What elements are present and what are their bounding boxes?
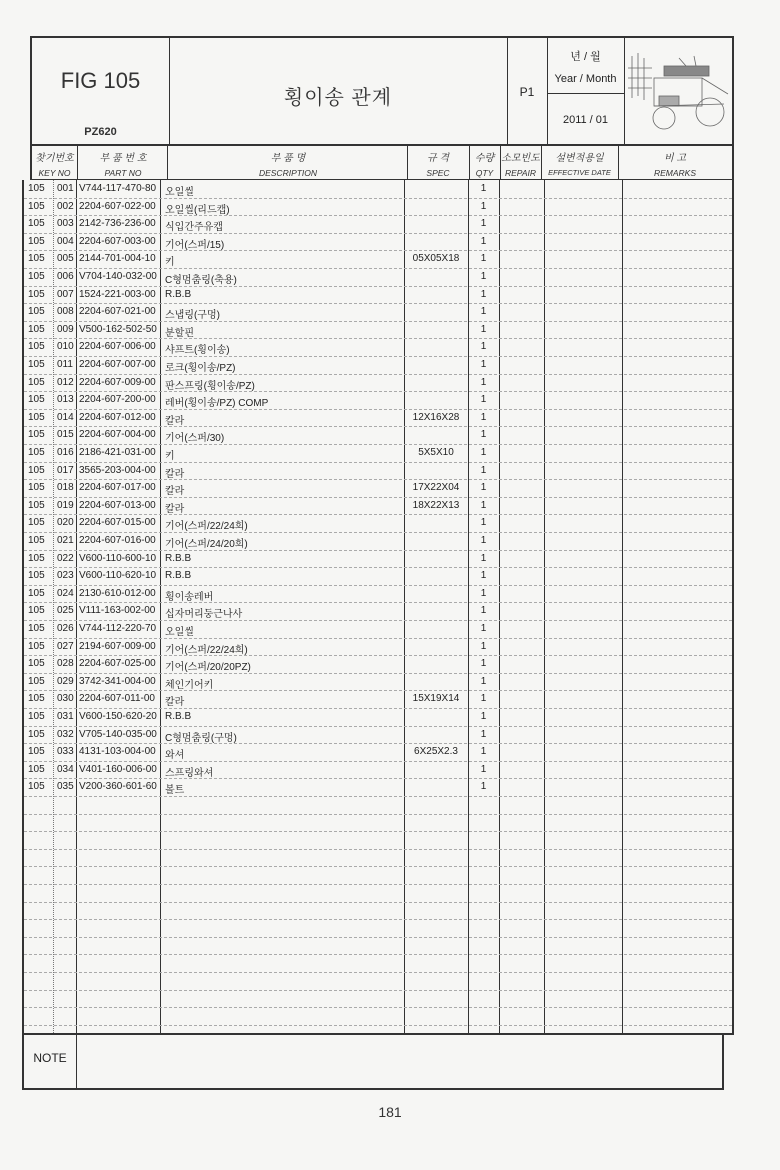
col-part-no-ko: 부 품 번 호 [78, 149, 168, 164]
cell-desc: C형멈춤링(구멍) [165, 729, 237, 744]
cell-key: 013 [57, 394, 74, 405]
cell-part: 4131-103-004-00 [79, 746, 156, 757]
cell-part: 2204-607-003-00 [79, 236, 156, 247]
cell-part: 2142-736-236-00 [79, 218, 156, 229]
cell-part: 2194-607-009-00 [79, 641, 156, 652]
cell-desc: 칼라 [165, 412, 184, 427]
cell-part: V600-110-620-10 [79, 570, 156, 581]
parts-table: 105001V744-117-470-80오일씰11050022204-607-… [22, 180, 734, 1035]
table-row [24, 902, 732, 921]
cell-fig: 105 [28, 218, 45, 229]
cell-fig: 105 [28, 781, 45, 792]
cell-qty: 1 [468, 377, 499, 388]
cell-qty: 1 [468, 729, 499, 740]
cell-desc: 분할핀 [165, 324, 194, 339]
table-row [24, 1007, 732, 1026]
cell-qty: 1 [468, 711, 499, 722]
cell-part: V704-140-032-00 [79, 271, 157, 282]
col-remarks-en: REMARKS [618, 168, 732, 178]
table-row: 105034V401-160-006-00스프링와셔1 [24, 761, 732, 780]
cell-desc: 기어(스퍼/15) [165, 236, 224, 251]
cell-desc: 체인기어키 [165, 676, 213, 691]
cell-key: 003 [57, 218, 74, 229]
cell-key: 002 [57, 201, 74, 212]
title-cell: 횡이송 관계 [169, 38, 508, 144]
cell-qty: 1 [468, 676, 499, 687]
cell-qty: 1 [468, 429, 499, 440]
cell-fig: 105 [28, 500, 45, 511]
cell-spec: 15X19X14 [404, 693, 468, 704]
parts-sheet: FIG 105 PZ620 횡이송 관계 P1 년 / 월 Year / Mon… [22, 36, 734, 1090]
figure-cell: FIG 105 PZ620 [32, 38, 170, 144]
cell-part: 2204-607-200-00 [79, 394, 156, 405]
cell-fig: 105 [28, 553, 45, 564]
table-row [24, 990, 732, 1009]
table-row [24, 972, 732, 991]
cell-key: 005 [57, 253, 74, 264]
table-row: 105009V500-162-502-50분할핀1 [24, 321, 732, 340]
cell-desc: 기어(스퍼/22/24희) [165, 517, 248, 532]
table-row: 105025V111-163-002-00십자머리둥근나사1 [24, 602, 732, 621]
table-row: 1050334131-103-004-00와셔6X25X2.31 [24, 743, 732, 762]
cell-desc: 기어(스퍼/22/24희) [165, 641, 248, 656]
cell-key: 010 [57, 341, 74, 352]
table-row: 1050071524-221-003-00R.B.B1 [24, 286, 732, 305]
cell-part: 2204-607-022-00 [79, 201, 156, 212]
cell-key: 011 [57, 359, 73, 370]
table-row: 1050102204-607-006-00샤프트(횡이송)1 [24, 338, 732, 357]
table-row: 105023V600-110-620-10R.B.B1 [24, 567, 732, 586]
col-part-no-en: PART NO [78, 168, 168, 178]
cell-fig: 105 [28, 570, 45, 581]
cell-desc: 칼라 [165, 500, 184, 515]
cell-qty: 1 [468, 658, 499, 669]
cell-desc: 오일씰(리드캡) [165, 201, 230, 216]
cell-fig: 105 [28, 517, 45, 528]
cell-key: 023 [57, 570, 74, 581]
cell-part: V111-163-002-00 [79, 605, 155, 616]
table-row: 1050152204-607-004-00기어(스퍼/30)1 [24, 426, 732, 445]
cell-desc: 칼라 [165, 693, 184, 708]
table-row: 1050082204-607-021-00스냅링(구멍)1 [24, 303, 732, 322]
cell-qty: 1 [468, 236, 499, 247]
cell-key: 018 [57, 482, 74, 493]
page-title: 횡이송 관계 [169, 81, 507, 110]
cell-fig: 105 [28, 271, 45, 282]
cell-desc: 로크(횡이송/PZ) [165, 359, 236, 374]
table-row [24, 884, 732, 903]
cell-desc: 판스프링(횡이송/PZ) [165, 377, 255, 392]
cell-qty: 1 [468, 746, 499, 757]
cell-desc: 와셔 [165, 746, 184, 761]
cell-qty: 1 [468, 623, 499, 634]
page-code: P1 [507, 85, 547, 99]
cell-key: 027 [57, 641, 74, 652]
cell-spec: 18X22X13 [404, 500, 468, 511]
note-section: NOTE [22, 1035, 724, 1090]
date-label-ko: 년 / 월 [547, 48, 624, 64]
col-effective-date-en: EFFECTIVE DATE [541, 168, 618, 177]
cell-fig: 105 [28, 359, 45, 370]
cell-fig: 105 [28, 394, 45, 405]
page-code-cell: P1 [507, 38, 548, 144]
cell-part: 2130-610-012-00 [79, 588, 156, 599]
cell-key: 004 [57, 236, 74, 247]
cell-fig: 105 [28, 729, 45, 740]
cell-key: 035 [57, 781, 74, 792]
cell-qty: 1 [468, 359, 499, 370]
rice-transplanter-illustration-icon [624, 38, 734, 144]
cell-part: 2204-607-013-00 [79, 500, 156, 511]
cell-desc: 샤프트(횡이송) [165, 341, 230, 356]
cell-spec: 5X5X10 [404, 447, 468, 458]
cell-qty: 1 [468, 553, 499, 564]
cell-qty: 1 [468, 341, 499, 352]
table-row [24, 954, 732, 973]
cell-key: 026 [57, 623, 74, 634]
cell-qty: 1 [468, 482, 499, 493]
table-row [24, 831, 732, 850]
col-effective-date-ko: 설변적용일 [541, 149, 618, 164]
cell-fig: 105 [28, 693, 45, 704]
cell-desc: 칼라 [165, 482, 184, 497]
col-repair-ko: 소모빈도 [500, 149, 541, 164]
table-row: 105035V200-360-601-60볼트1 [24, 778, 732, 797]
table-row: 1050272194-607-009-00기어(스퍼/22/24희)1 [24, 638, 732, 657]
table-row: 105032V705-140-035-00C형멈춤링(구멍)1 [24, 726, 732, 745]
figure-number: FIG 105 [32, 68, 169, 94]
table-row: 1050122204-607-009-00판스프링(횡이송/PZ)1 [24, 374, 732, 393]
table-row: 1050162186-421-031-00키5X5X101 [24, 444, 732, 463]
cell-qty: 1 [468, 271, 499, 282]
cell-fig: 105 [28, 711, 45, 722]
cell-fig: 105 [28, 341, 45, 352]
cell-desc: 식입간주유캡 [165, 218, 223, 233]
cell-fig: 105 [28, 306, 45, 317]
cell-fig: 105 [28, 253, 45, 264]
cell-part: 2204-607-006-00 [79, 341, 156, 352]
cell-desc: R.B.B [165, 711, 191, 722]
cell-key: 014 [57, 412, 74, 423]
cell-desc: 키 [165, 447, 175, 462]
cell-part: V600-150-620-20 [79, 711, 157, 722]
cell-qty: 1 [468, 306, 499, 317]
cell-key: 030 [57, 693, 74, 704]
col-description-ko: 부 품 명 [169, 149, 407, 164]
cell-key: 007 [57, 289, 74, 300]
cell-part: 2144-701-004-10 [79, 253, 156, 264]
cell-qty: 1 [468, 183, 499, 194]
cell-qty: 1 [468, 394, 499, 405]
cell-desc: 스냅링(구멍) [165, 306, 220, 321]
cell-qty: 1 [468, 605, 499, 616]
cell-key: 032 [57, 729, 74, 740]
table-row: 1050192204-607-013-00칼라18X22X131 [24, 497, 732, 516]
table-row: 1050173565-203-004-00칼라1 [24, 462, 732, 481]
table-row: 1050022204-607-022-00오일씰(리드캡)1 [24, 198, 732, 217]
table-row: 1050042204-607-003-00기어(스퍼/15)1 [24, 233, 732, 252]
col-qty-en: QTY [469, 168, 500, 178]
table-row [24, 937, 732, 956]
cell-part: 2186-421-031-00 [79, 447, 156, 458]
table-row: 1050112204-607-007-00로크(횡이송/PZ)1 [24, 356, 732, 375]
cell-desc: 레버(횡이송/PZ) COMP [165, 394, 268, 409]
cell-part: 2204-607-009-00 [79, 377, 156, 388]
cell-key: 020 [57, 517, 74, 528]
cell-part: V744-112-220-70 [79, 623, 156, 634]
cell-key: 031 [57, 711, 74, 722]
cell-part: 2204-607-011-00 [79, 693, 155, 704]
cell-key: 024 [57, 588, 74, 599]
table-row: 1050202204-607-015-00기어(스퍼/22/24희)1 [24, 514, 732, 533]
table-row: 105006V704-140-032-00C형멈춤링(축용)1 [24, 268, 732, 287]
cell-fig: 105 [28, 236, 45, 247]
cell-key: 008 [57, 306, 74, 317]
sheet-header: FIG 105 PZ620 횡이송 관계 P1 년 / 월 Year / Mon… [30, 36, 734, 144]
cell-qty: 1 [468, 218, 499, 229]
table-row: 105031V600-150-620-20R.B.B1 [24, 708, 732, 727]
cell-spec: 17X22X04 [404, 482, 468, 493]
cell-part: 2204-607-016-00 [79, 535, 156, 546]
cell-part: 2204-607-004-00 [79, 429, 156, 440]
cell-key: 006 [57, 271, 74, 282]
cell-desc: 스프링와셔 [165, 764, 213, 779]
cell-desc: R.B.B [165, 289, 191, 300]
cell-fig: 105 [28, 429, 45, 440]
cell-qty: 1 [468, 641, 499, 652]
cell-part: 2204-607-021-00 [79, 306, 156, 317]
table-row [24, 849, 732, 868]
cell-desc: R.B.B [165, 553, 191, 564]
cell-qty: 1 [468, 253, 499, 264]
cell-desc: R.B.B [165, 570, 191, 581]
cell-part: V200-360-601-60 [79, 781, 157, 792]
cell-fig: 105 [28, 289, 45, 300]
cell-key: 021 [57, 535, 74, 546]
col-key-no-ko: 찾기번호 [32, 149, 77, 164]
cell-part: 2204-607-007-00 [79, 359, 156, 370]
cell-spec: 12X16X28 [404, 412, 468, 423]
cell-fig: 105 [28, 764, 45, 775]
cell-fig: 105 [28, 676, 45, 687]
note-label: NOTE [24, 1035, 77, 1088]
col-spec-en: SPEC [407, 168, 469, 178]
cell-desc: 칼라 [165, 465, 184, 480]
cell-part: V600-110-600-10 [79, 553, 156, 564]
cell-desc: 십자머리둥근나사 [165, 605, 242, 620]
cell-key: 033 [57, 746, 74, 757]
table-row: 1050212204-607-016-00기어(스퍼/24/20희)1 [24, 532, 732, 551]
cell-fig: 105 [28, 377, 45, 388]
table-row [24, 919, 732, 938]
cell-key: 025 [57, 605, 74, 616]
table-row: 1050142204-607-012-00칼라12X16X281 [24, 409, 732, 428]
cell-spec: 6X25X2.3 [404, 746, 468, 757]
cell-qty: 1 [468, 500, 499, 511]
cell-key: 017 [57, 465, 74, 476]
col-repair-en: REPAIR [500, 168, 541, 178]
cell-part: 2204-607-012-00 [79, 412, 156, 423]
cell-qty: 1 [468, 570, 499, 581]
cell-desc: 기어(스퍼/24/20희) [165, 535, 248, 550]
cell-key: 012 [57, 377, 74, 388]
cell-fig: 105 [28, 412, 45, 423]
table-row [24, 814, 732, 833]
cell-key: 029 [57, 676, 74, 687]
cell-qty: 1 [468, 412, 499, 423]
cell-qty: 1 [468, 201, 499, 212]
cell-fig: 105 [28, 641, 45, 652]
cell-fig: 105 [28, 183, 45, 194]
cell-fig: 105 [28, 482, 45, 493]
col-qty-ko: 수량 [469, 149, 500, 164]
cell-desc: 볼트 [165, 781, 184, 796]
cell-qty: 1 [468, 764, 499, 775]
cell-desc: 키 [165, 253, 175, 268]
table-row: 105022V600-110-600-10R.B.B1 [24, 550, 732, 569]
cell-part: 2204-607-017-00 [79, 482, 156, 493]
cell-part: 2204-607-025-00 [79, 658, 156, 669]
table-row: 1050182204-607-017-00칼라17X22X041 [24, 479, 732, 498]
cell-part: V744-117-470-80 [79, 183, 156, 194]
table-row: 105001V744-117-470-80오일씰1 [24, 180, 732, 199]
cell-key: 019 [57, 500, 74, 511]
table-row: 1050293742-341-004-00체인기어키1 [24, 673, 732, 692]
table-row: 1050132204-607-200-00레버(횡이송/PZ) COMP1 [24, 391, 732, 410]
cell-part: V401-160-006-00 [79, 764, 157, 775]
cell-desc: 오일씰 [165, 623, 194, 638]
cell-key: 028 [57, 658, 74, 669]
cell-desc: C형멈춤링(축용) [165, 271, 237, 286]
column-header-row: 찾기번호 KEY NO 부 품 번 호 PART NO 부 품 명 DESCRI… [30, 144, 734, 180]
model-name: PZ620 [32, 126, 169, 138]
cell-key: 015 [57, 429, 74, 440]
cell-part: 2204-607-015-00 [79, 517, 156, 528]
date-cell: 년 / 월 Year / Month 2011 / 01 [547, 38, 625, 144]
cell-qty: 1 [468, 535, 499, 546]
col-description-en: DESCRIPTION [169, 168, 407, 178]
cell-key: 016 [57, 447, 74, 458]
cell-key: 001 [57, 183, 74, 194]
col-remarks-ko: 비 고 [618, 149, 732, 164]
cell-fig: 105 [28, 201, 45, 212]
cell-fig: 105 [28, 588, 45, 599]
cell-qty: 1 [468, 781, 499, 792]
cell-desc: 기어(스퍼/30) [165, 429, 224, 444]
cell-fig: 105 [28, 658, 45, 669]
cell-fig: 105 [28, 447, 45, 458]
col-key-no-en: KEY NO [32, 168, 77, 178]
cell-qty: 1 [468, 447, 499, 458]
table-row: 1050302204-607-011-00칼라15X19X141 [24, 690, 732, 709]
cell-part: V500-162-502-50 [79, 324, 157, 335]
table-row: 105026V744-112-220-70오일씰1 [24, 620, 732, 639]
table-row: 1050242130-610-012-00횡이송레버1 [24, 585, 732, 604]
cell-fig: 105 [28, 465, 45, 476]
cell-qty: 1 [468, 693, 499, 704]
cell-fig: 105 [28, 623, 45, 634]
date-value: 2011 / 01 [547, 114, 624, 126]
cell-desc: 기어(스퍼/20/20PZ) [165, 658, 251, 673]
cell-qty: 1 [468, 517, 499, 528]
col-spec-ko: 규 격 [407, 149, 469, 164]
cell-key: 034 [57, 764, 74, 775]
cell-qty: 1 [468, 465, 499, 476]
cell-fig: 105 [28, 324, 45, 335]
page-number: 181 [0, 1104, 780, 1120]
table-row: 1050052144-701-004-10키05X05X181 [24, 250, 732, 269]
table-row: 1050282204-607-025-00기어(스퍼/20/20PZ)1 [24, 655, 732, 674]
table-row [24, 866, 732, 885]
cell-qty: 1 [468, 588, 499, 599]
cell-fig: 105 [28, 605, 45, 616]
date-label-en: Year / Month [547, 73, 624, 85]
cell-part: 3565-203-004-00 [79, 465, 156, 476]
cell-fig: 105 [28, 746, 45, 757]
table-row: 1050032142-736-236-00식입간주유캡1 [24, 215, 732, 234]
cell-part: 1524-221-003-00 [79, 289, 156, 300]
cell-spec: 05X05X18 [404, 253, 468, 264]
cell-part: V705-140-035-00 [79, 729, 157, 740]
cell-part: 3742-341-004-00 [79, 676, 156, 687]
table-row [24, 796, 732, 815]
cell-key: 022 [57, 553, 74, 564]
cell-desc: 횡이송레버 [165, 588, 213, 603]
cell-fig: 105 [28, 535, 45, 546]
cell-desc: 오일씰 [165, 183, 194, 198]
cell-qty: 1 [468, 324, 499, 335]
cell-key: 009 [57, 324, 74, 335]
cell-qty: 1 [468, 289, 499, 300]
